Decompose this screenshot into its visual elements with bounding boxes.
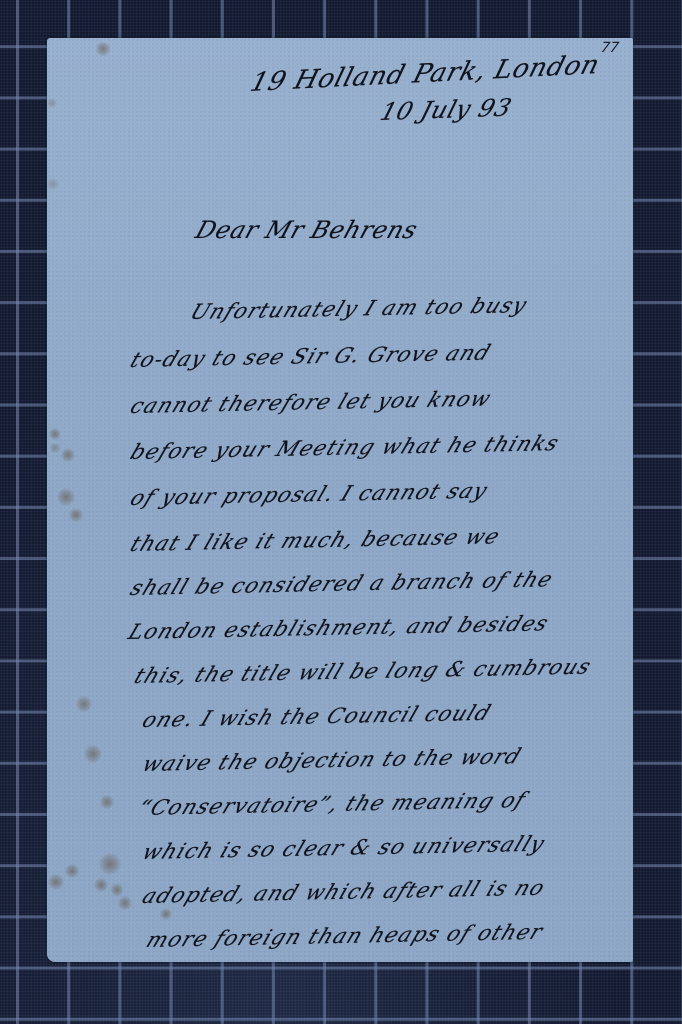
foxing-stain [57,488,75,506]
foxing-stain [95,42,111,56]
letter-line: which is so clear & so universally [139,832,549,864]
archive-page-number: 77 [600,40,620,56]
foxing-stain [47,178,59,190]
foxing-stain [49,428,61,440]
letter-line: of your proposal. I cannot say [127,479,492,510]
foxing-stain [76,696,92,712]
letter-line: that I like it much, because we [127,524,504,556]
foxing-stain [48,874,64,890]
salutation: Dear Mr Behrens [192,216,421,244]
foxing-stain [49,443,61,453]
letter-line: this, the title will be long & cumbrous [131,655,595,688]
foxing-stain [160,908,172,920]
foxing-stain [100,795,114,809]
letter-line: cannot therefore let you know [127,387,495,418]
foxing-stain [47,98,57,108]
foxing-stain [65,864,79,878]
sender-address: 19 Holland Park, London [247,50,603,98]
letter-line: one. I wish the Council could [139,701,495,732]
letter-line: shall be considered a branch of the [127,567,557,600]
foxing-stain [94,878,108,892]
letter-line: waive the objection to the word [139,744,525,776]
letter-page: 77 19 Holland Park, London 10 July 93 De… [47,38,633,962]
letter-line: “Conservatoire”, the meaning of [135,788,530,820]
letter-line: London establishment, and besides [125,611,553,644]
letter-date: 10 July 93 [377,94,515,126]
letter-line: adopted, and which after all is no [139,876,549,908]
letter-line: before your Meeting what he thinks [127,431,563,464]
foxing-stain [61,448,75,462]
foxing-stain [118,896,132,910]
letter-line: Unfortunately I am too busy [187,293,531,324]
foxing-stain [99,853,121,875]
letter-line: to-day to see Sir G. Grove and [127,341,495,372]
foxing-stain [84,745,102,763]
foxing-stain [69,508,83,522]
foxing-stain [111,883,123,897]
letter-line: more foreign than heaps of other [143,920,547,952]
